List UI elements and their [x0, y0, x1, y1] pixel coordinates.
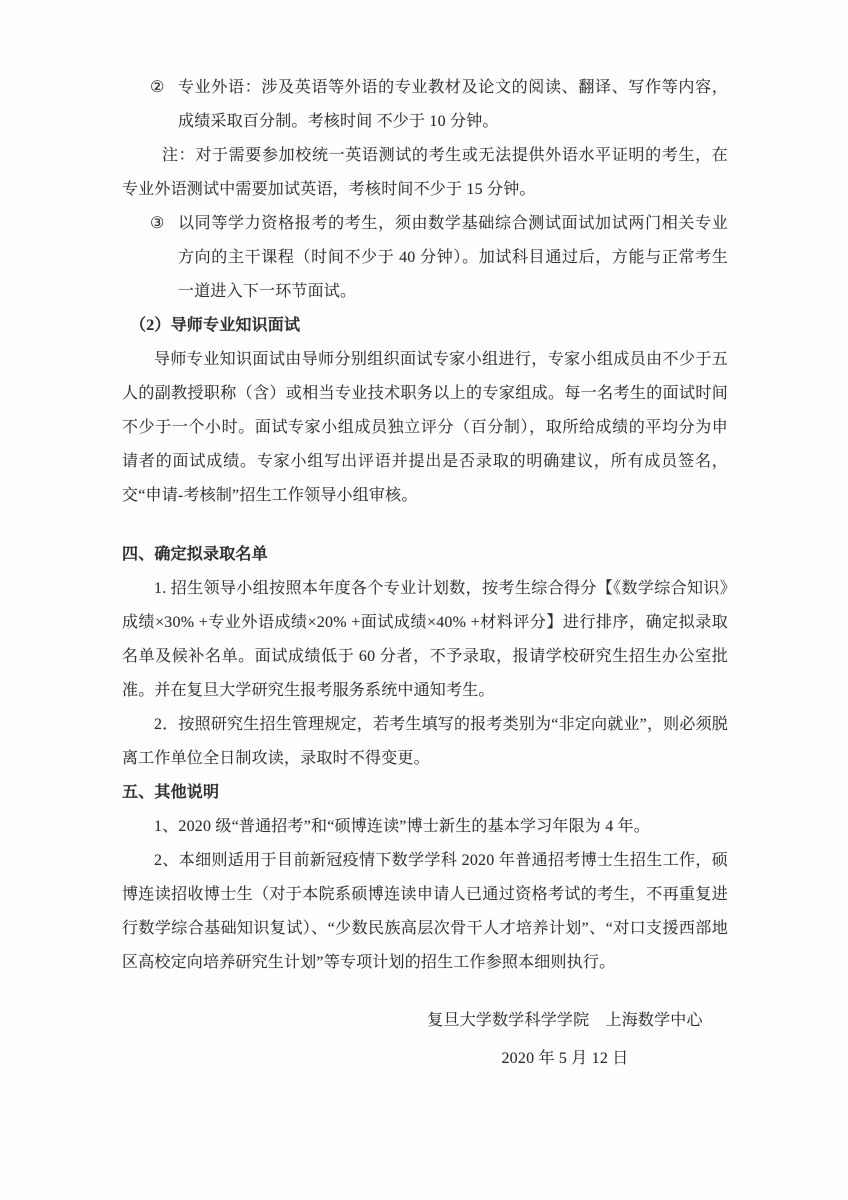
section-heading-admission-list: 四、确定拟录取名单: [122, 538, 728, 572]
document-content: ② 专业外语：涉及英语等外语的专业教材及论文的阅读、翻译、写作等内容，成绩采取百…: [122, 71, 728, 1078]
item-text-equivalent-qualification: 以同等学力资格报考的考生，须由数学基础综合测试面试加试两门相关专业方向的主干课程…: [178, 215, 728, 300]
paragraph-study-duration: 1、2020 级“普通招考”和“硕博连读”博士新生的基本学习年限为 4 年。: [122, 810, 728, 844]
subheading-tutor-interview: （2）导师专业知识面试: [122, 309, 728, 343]
list-item-foreign-language: ② 专业外语：涉及英语等外语的专业教材及论文的阅读、翻译、写作等内容，成绩采取百…: [122, 71, 728, 139]
signature-date: 2020 年 5 月 12 日: [402, 1040, 728, 1078]
signature-block: 复旦大学数学科学学院 上海数学中心 2020 年 5 月 12 日: [402, 1002, 728, 1078]
item-marker-2: ②: [150, 71, 165, 105]
paragraph-enrollment-category: 2．按照研究生招生管理规定，若考生填写的报考类别为“非定向就业”，则必须脱离工作…: [122, 708, 728, 776]
paragraph-admission-ranking: 1. 招生领导小组按照本年度各个专业计划数，按考生综合得分【《数学综合知识》成绩…: [122, 572, 728, 708]
list-item-equivalent-qualification: ③ 以同等学力资格报考的考生，须由数学基础综合测试面试加试两门相关专业方向的主干…: [122, 207, 728, 309]
paragraph-applicability: 2、本细则适用于目前新冠疫情下数学学科 2020 年普通招考博士生招生工作，硕博…: [122, 844, 728, 980]
signature-organization: 复旦大学数学科学学院 上海数学中心: [402, 1002, 728, 1040]
document-page: ② 专业外语：涉及英语等外语的专业教材及论文的阅读、翻译、写作等内容，成绩采取百…: [0, 0, 848, 1200]
item-marker-3: ③: [150, 207, 165, 241]
paragraph-tutor-interview: 导师专业知识面试由导师分别组织面试专家小组进行，专家小组成员由不少于五人的副教授…: [122, 343, 728, 513]
section-heading-other-notes: 五、其他说明: [122, 776, 728, 810]
item-text-foreign-language: 专业外语：涉及英语等外语的专业教材及论文的阅读、翻译、写作等内容，成绩采取百分制…: [178, 79, 728, 130]
note-paragraph: 注：对于需要参加校统一英语测试的考生或无法提供外语水平证明的考生，在专业外语测试…: [122, 139, 728, 207]
